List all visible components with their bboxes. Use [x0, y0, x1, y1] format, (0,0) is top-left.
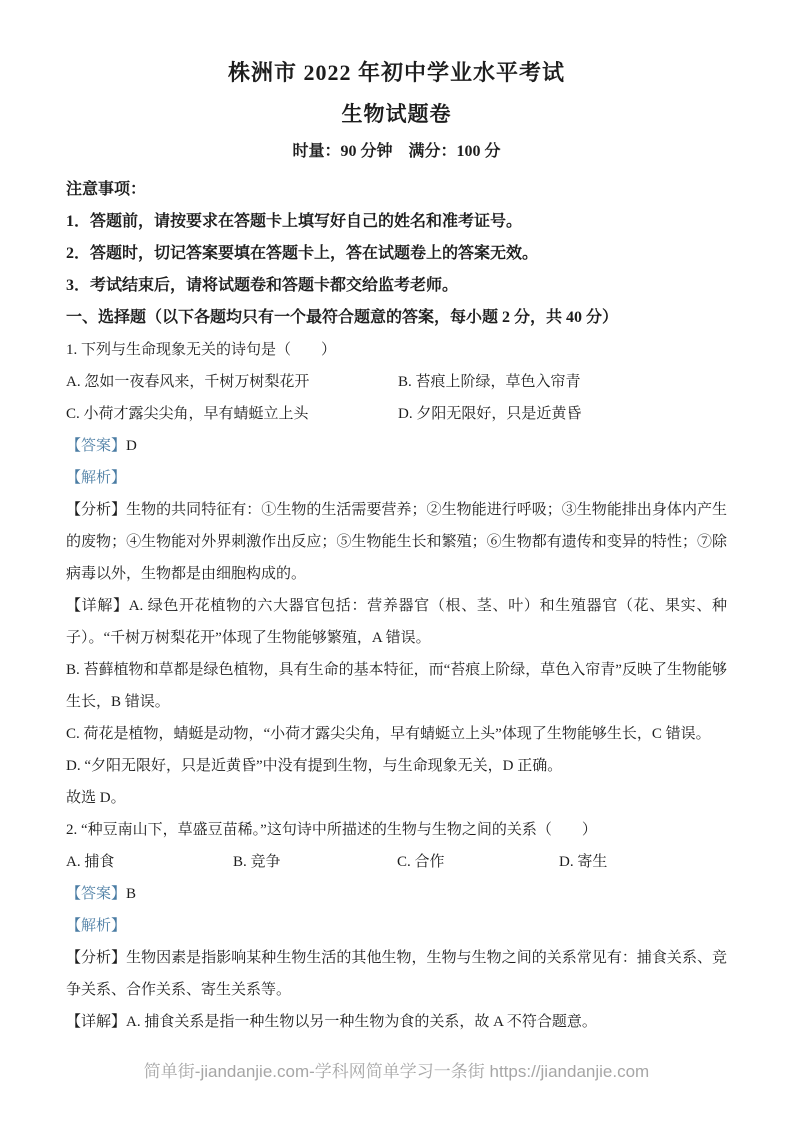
question-1-explanation-p4: C. 荷花是植物，蜻蜓是动物，“小荷才露尖尖角，早有蜻蜓立上头”体现了生物能够生… — [66, 718, 727, 750]
answer-label: 【答案】 — [66, 886, 126, 902]
site-watermark-footer: 简单街-jiandanjie.com-学科网简单学习一条街 https://ji… — [0, 1060, 793, 1084]
question-2-explanation-p1: 【分析】生物因素是指影响某种生物生活的其他生物，生物与生物之间的关系常见有：捕食… — [66, 942, 727, 1006]
section-heading: 一、选择题（以下各题均只有一个最符合题意的答案，每小题 2 分，共 40 分） — [66, 302, 727, 334]
question-2: 2. “种豆南山下，草盛豆苗稀。”这句诗中所描述的生物与生物之间的关系（ ） A… — [66, 814, 727, 1038]
question-1-explanation-p6: 故选 D。 — [66, 782, 727, 814]
question-2-answer-value: B — [126, 886, 136, 902]
question-1-answer-value: D — [126, 438, 137, 454]
notice-item-1: 1．答题前，请按要求在答题卡上填写好自己的姓名和准考证号。 — [66, 206, 727, 238]
question-1-explanation-p5: D. “夕阳无限好，只是近黄昏”中没有提到生物，与生命现象无关，D 正确。 — [66, 750, 727, 782]
question-2-explanation-p2: 【详解】A. 捕食关系是指一种生物以另一种生物为食的关系，故 A 不符合题意。 — [66, 1006, 727, 1038]
exam-subtitle: 生物试题卷 — [66, 102, 727, 127]
notice-heading: 注意事项： — [66, 174, 727, 206]
exam-title: 株洲市 2022 年初中学业水平考试 — [66, 60, 727, 86]
analysis-label: 【解析】 — [66, 918, 126, 934]
answer-label: 【答案】 — [66, 438, 126, 454]
question-2-stem: 2. “种豆南山下，草盛豆苗稀。”这句诗中所描述的生物与生物之间的关系（ ） — [66, 814, 727, 846]
question-2-answer-line: 【答案】B — [66, 878, 727, 910]
question-2-options: A. 捕食 B. 竞争 C. 合作 D. 寄生 — [66, 846, 727, 878]
question-1: 1. 下列与生命现象无关的诗句是（ ） A. 忽如一夜春风来，千树万树梨花开 B… — [66, 334, 727, 814]
question-1-explanation-p1: 【分析】生物的共同特征有：①生物的生活需要营养；②生物能进行呼吸；③生物能排出身… — [66, 494, 727, 590]
question-1-stem: 1. 下列与生命现象无关的诗句是（ ） — [66, 334, 727, 366]
question-1-answer-line: 【答案】D — [66, 430, 727, 462]
question-2-option-a: A. 捕食 — [66, 846, 233, 878]
question-2-analysis-line: 【解析】 — [66, 910, 727, 942]
exam-meta-line: 时量：90 分钟 满分：100 分 — [66, 142, 727, 162]
question-1-explanation-p3: B. 苔藓植物和草都是绿色植物，具有生命的基本特征，而“苔痕上阶绿，草色入帘青”… — [66, 654, 727, 718]
exam-page: 株洲市 2022 年初中学业水平考试 生物试题卷 时量：90 分钟 满分：100… — [0, 0, 793, 1038]
question-1-option-a: A. 忽如一夜春风来，千树万树梨花开 — [66, 366, 398, 398]
question-1-options: A. 忽如一夜春风来，千树万树梨花开 B. 苔痕上阶绿，草色入帘青 C. 小荷才… — [66, 366, 727, 430]
analysis-label: 【解析】 — [66, 470, 126, 486]
question-2-option-b: B. 竞争 — [233, 846, 397, 878]
question-1-explanation-p2: 【详解】A. 绿色开花植物的六大器官包括：营养器官（根、茎、叶）和生殖器官（花、… — [66, 590, 727, 654]
question-1-analysis-line: 【解析】 — [66, 462, 727, 494]
question-1-option-d: D. 夕阳无限好，只是近黄昏 — [398, 398, 727, 430]
notice-item-3: 3．考试结束后，请将试题卷和答题卡都交给监考老师。 — [66, 270, 727, 302]
question-2-option-d: D. 寄生 — [559, 846, 727, 878]
question-1-option-c: C. 小荷才露尖尖角，早有蜻蜓立上头 — [66, 398, 398, 430]
question-2-option-c: C. 合作 — [397, 846, 559, 878]
question-1-option-b: B. 苔痕上阶绿，草色入帘青 — [398, 366, 727, 398]
notice-item-2: 2．答题时，切记答案要填在答题卡上，答在试题卷上的答案无效。 — [66, 238, 727, 270]
